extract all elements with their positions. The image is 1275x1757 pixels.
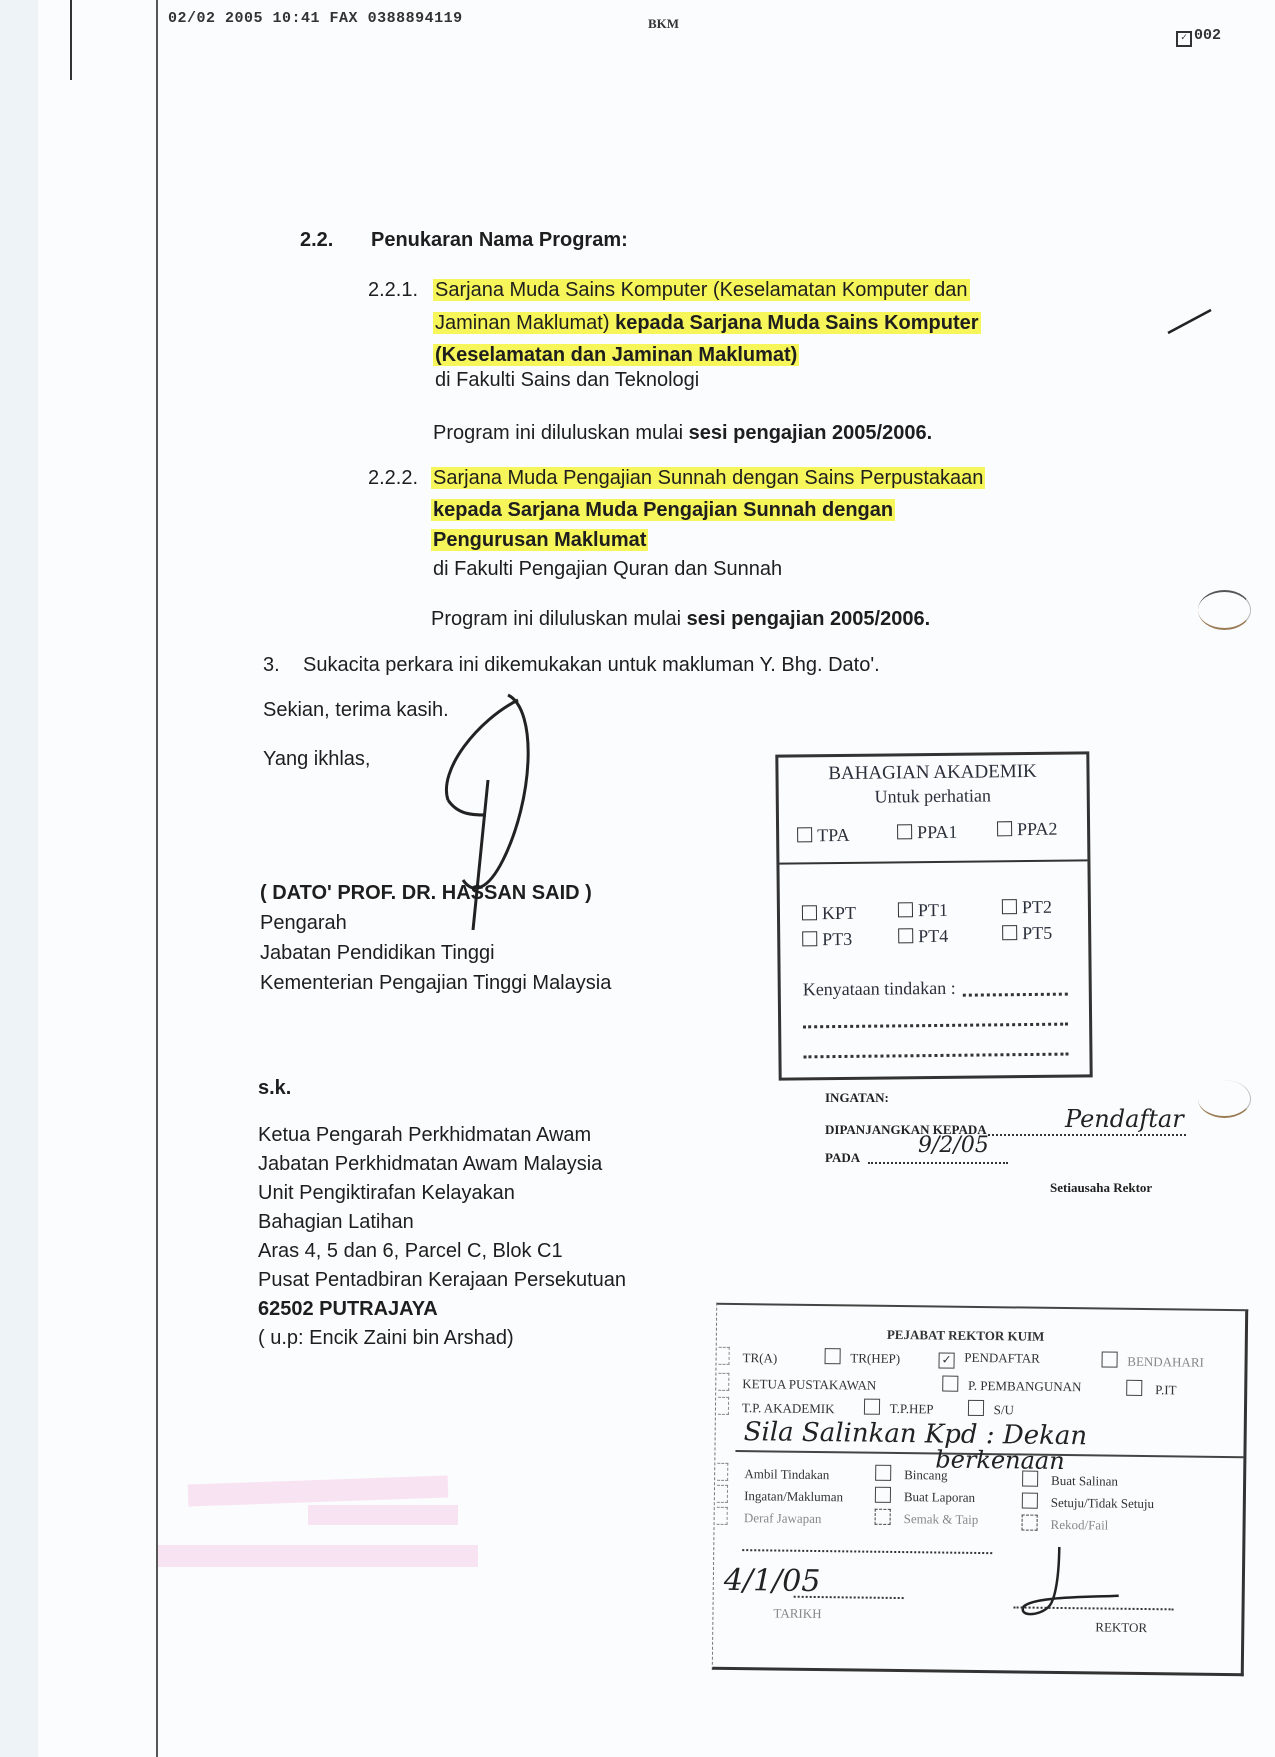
checkbox-icon: [797, 827, 812, 842]
ink-smudge: [308, 1505, 458, 1525]
checkbox-label: BENDAHARI: [1127, 1354, 1204, 1370]
signatory-department: Jabatan Pendidikan Tinggi: [260, 940, 495, 966]
action-statement-field[interactable]: [963, 993, 1068, 997]
action-semak-taip[interactable]: Semak & Taip: [875, 1509, 979, 1528]
action-setuju[interactable]: Setuju/Tidak Setuju: [1022, 1493, 1154, 1513]
checkbox-label: TR(A): [743, 1350, 778, 1365]
approval-session: sesi pengajian 2005/2006.: [689, 422, 933, 444]
highlighted-text: Sarjana Muda Sains Komputer (Keselamatan…: [433, 279, 970, 301]
section-number: 3.: [263, 652, 280, 678]
recipient-tp-akademik[interactable]: T.P. AKADEMIK: [718, 1397, 835, 1417]
checkbox-icon: [717, 1463, 728, 1481]
cc-postcode-city: 62502 PUTRAJAYA: [258, 1296, 438, 1322]
item-line: kepada Sarjana Muda Pengajian Sunnah den…: [431, 497, 895, 523]
checkbox-icon: [802, 905, 817, 920]
cc-line: Bahagian Latihan: [258, 1209, 414, 1235]
checkbox-icon: [825, 1348, 841, 1364]
checkbox-icon: [1022, 1471, 1038, 1487]
checkbox-label: Deraf Jawapan: [744, 1510, 822, 1526]
recipient-tp-hep[interactable]: T.P.HEP: [864, 1399, 934, 1418]
checkbox-icon: [718, 1397, 729, 1415]
checkbox-icon: ✓: [1176, 31, 1192, 47]
checkbox-label: TR(HEP): [850, 1350, 900, 1366]
highlighted-text: Sarjana Muda Pengajian Sunnah dengan Sai…: [431, 467, 985, 489]
stamp-title: BAHAGIAN AKADEMIK: [778, 760, 1086, 785]
binder-hole: [1198, 590, 1251, 630]
stamp-bahagian-akademik: BAHAGIAN AKADEMIK Untuk perhatian TPA PP…: [775, 751, 1092, 1080]
fax-page-number: ✓002: [1176, 27, 1221, 47]
date-label: TARIKH: [773, 1605, 821, 1622]
checkbox-icon: [875, 1465, 891, 1481]
checkbox-icon: [1022, 1493, 1038, 1509]
checkbox-icon: [1126, 1380, 1142, 1396]
checkbox-icon: [898, 928, 913, 943]
checkbox-pt3[interactable]: PT3: [802, 929, 852, 951]
checkbox-icon: [1022, 1515, 1038, 1531]
checkbox-label: P. PEMBANGUNAN: [968, 1378, 1082, 1394]
signatory-name: ( DATO' PROF. DR. HASSAN SAID ): [260, 880, 592, 906]
fax-label: FAX: [330, 10, 359, 27]
checkbox-icon: [1002, 899, 1017, 914]
date-field-line: [868, 1162, 1008, 1164]
checkbox-icon: [717, 1485, 728, 1503]
recipient-p-pembangunan[interactable]: P. PEMBANGUNAN: [942, 1376, 1081, 1396]
checkbox-label: PPA2: [1017, 819, 1058, 839]
ink-smudge: [158, 1545, 478, 1567]
ink-smudge: [188, 1475, 449, 1506]
action-ingatan-makluman[interactable]: Ingatan/Makluman: [717, 1485, 843, 1506]
checkbox-pt2[interactable]: PT2: [1002, 897, 1052, 919]
checkbox-label: Ingatan/Makluman: [744, 1488, 843, 1504]
approval-text: Program ini diluluskan mulai sesi pengaj…: [433, 420, 932, 446]
fax-datetime: 02/02 2005 10:41: [168, 10, 320, 27]
note-field-line: [742, 1549, 992, 1554]
checked-checkbox-icon: ✓: [938, 1352, 954, 1368]
approval-regular: Program ini diluluskan mulai: [433, 422, 683, 444]
action-statement-field[interactable]: [803, 1053, 1068, 1059]
checkbox-icon: [997, 821, 1012, 836]
item-line: Jaminan Maklumat) kepada Sarjana Muda Sa…: [433, 310, 981, 336]
checkbox-label: Ambil Tindakan: [744, 1466, 829, 1482]
checkbox-label: PT4: [918, 926, 948, 946]
checkbox-label: PENDAFTAR: [964, 1350, 1040, 1366]
forwarded-field-line: [988, 1134, 1186, 1136]
action-statement-field[interactable]: [803, 1023, 1068, 1029]
signatory-position: Pengarah: [260, 910, 347, 936]
checkbox-label: S/U: [994, 1402, 1014, 1417]
checkbox-icon: [942, 1376, 958, 1392]
setiausaha-rektor: Setiausaha Rektor: [1050, 1180, 1152, 1196]
recipient-p-it[interactable]: P.IT: [1126, 1380, 1177, 1399]
item-line: (Keselamatan dan Jaminan Maklumat): [433, 342, 799, 368]
approval-regular: Program ini diluluskan mulai: [431, 608, 681, 630]
recipient-ketua-pustakawan[interactable]: KETUA PUSTAKAWAN: [718, 1373, 876, 1394]
fax-sender-code: BKM: [648, 16, 679, 32]
cc-line: Ketua Pengarah Perkhidmatan Awam: [258, 1122, 591, 1148]
signatory-ministry: Kementerian Pengajian Tinggi Malaysia: [260, 970, 611, 996]
recipient-su[interactable]: S/U: [968, 1400, 1014, 1419]
checkbox-tpa[interactable]: TPA: [797, 825, 850, 847]
approval-session: sesi pengajian 2005/2006.: [687, 608, 931, 630]
action-rekod-fail[interactable]: Rekod/Fail: [1021, 1515, 1108, 1534]
checkbox-ppa1[interactable]: PPA1: [897, 822, 958, 844]
action-deraf-jawapan[interactable]: Deraf Jawapan: [717, 1507, 822, 1527]
new-program-name: (Keselamatan dan Jaminan Maklumat): [433, 344, 799, 366]
item-line: Sarjana Muda Sains Komputer (Keselamatan…: [433, 277, 970, 303]
section-number: 2.2.: [300, 227, 333, 253]
checkbox-label: PT2: [1022, 897, 1052, 917]
checkbox-icon: [875, 1487, 891, 1503]
stamp-title: PEJABAT REKTOR KUIM: [887, 1327, 1045, 1345]
action-buat-salinan[interactable]: Buat Salinan: [1022, 1471, 1118, 1490]
checkbox-label: KPT: [822, 903, 856, 923]
checkbox-label: Bincang: [904, 1467, 948, 1483]
stamp-subtitle: Untuk perhatian: [779, 784, 1087, 808]
recipient-tr-hep[interactable]: TR(HEP): [824, 1348, 900, 1367]
fax-number: 0388894119: [368, 10, 463, 27]
item-number: 2.2.2.: [368, 465, 418, 491]
ingatan-title: INGATAN:: [825, 1090, 889, 1106]
rektor-signature: [1013, 1544, 1124, 1625]
stamp-pejabat-rektor: PEJABAT REKTOR KUIM TR(A) TR(HEP) ✓ PEND…: [712, 1303, 1248, 1676]
checkbox-icon: [718, 1373, 729, 1391]
page-number-value: 002: [1194, 27, 1221, 44]
checkbox-label: Buat Laporan: [904, 1489, 975, 1505]
cc-line: Jabatan Perkhidmatan Awam Malaysia: [258, 1151, 602, 1177]
checkbox-label: T.P. AKADEMIK: [742, 1400, 835, 1416]
faculty-text: di Fakulti Pengajian Quran dan Sunnah: [433, 556, 782, 582]
action-buat-laporan[interactable]: Buat Laporan: [875, 1487, 975, 1506]
checkbox-icon: [864, 1399, 880, 1415]
old-program-name: Jaminan Maklumat): [435, 312, 610, 334]
checkbox-ppa2[interactable]: PPA2: [997, 819, 1058, 841]
action-bincang[interactable]: Bincang: [875, 1465, 948, 1484]
checkbox-label: KETUA PUSTAKAWAN: [742, 1376, 876, 1393]
date-handwritten: 9/2/05: [918, 1133, 989, 1158]
checkbox-icon: [875, 1509, 891, 1525]
new-program-name: kepada Sarjana Muda Sains Komputer: [615, 312, 978, 334]
checkbox-kpt[interactable]: KPT: [802, 903, 856, 925]
checkbox-pt4[interactable]: PT4: [898, 926, 948, 948]
fax-header: 02/02 2005 10:41 FAX 0388894119: [168, 10, 463, 27]
checkbox-pt5[interactable]: PT5: [1002, 923, 1052, 945]
checkbox-icon: [802, 931, 817, 946]
checkbox-icon: [968, 1400, 984, 1416]
checkbox-icon: [1101, 1351, 1117, 1367]
fax-page: 02/02 2005 10:41 FAX 0388894119 BKM ✓002…: [38, 0, 1275, 1757]
approval-text: Program ini diluluskan mulai sesi pengaj…: [431, 606, 930, 632]
checkbox-icon: [717, 1507, 728, 1525]
new-program-name: kepada Sarjana Muda Pengajian Sunnah den…: [431, 499, 895, 521]
action-ambil-tindakan[interactable]: Ambil Tindakan: [717, 1463, 829, 1483]
checkbox-label: PPA1: [917, 822, 958, 842]
checkbox-icon: [898, 902, 913, 917]
checkbox-label: PT1: [918, 900, 948, 920]
handwritten-date: 4/1/05: [724, 1563, 821, 1599]
item-line: Sarjana Muda Pengajian Sunnah dengan Sai…: [431, 465, 985, 491]
item-number: 2.2.1.: [368, 277, 418, 303]
cc-line: Unit Pengiktirafan Kelayakan: [258, 1180, 515, 1206]
check-mark-icon: [1166, 305, 1216, 335]
action-statement-label: Kenyataan tindakan :: [803, 978, 956, 1001]
recipient-tr-a[interactable]: TR(A): [718, 1347, 777, 1367]
checkbox-label: TPA: [817, 825, 850, 845]
checkbox-label: Semak & Taip: [904, 1511, 979, 1527]
binder-hole: [1198, 1080, 1251, 1118]
closing-regards: Yang ikhlas,: [263, 746, 370, 772]
checkbox-label: Rekod/Fail: [1050, 1517, 1108, 1533]
checkbox-label: Setuju/Tidak Setuju: [1051, 1495, 1154, 1511]
checkbox-icon: [719, 1347, 730, 1365]
checkbox-icon: [897, 824, 912, 839]
cc-label: s.k.: [258, 1075, 291, 1101]
section-3-text: Sukacita perkara ini dikemukakan untuk m…: [303, 652, 880, 678]
checkbox-label: P.IT: [1155, 1382, 1176, 1397]
section-title: Penukaran Nama Program:: [371, 227, 628, 253]
checkbox-icon: [1002, 925, 1017, 940]
recipient-bendahari[interactable]: BENDAHARI: [1101, 1351, 1204, 1370]
date-label: PADA: [825, 1150, 860, 1166]
item-line: Pengurusan Maklumat: [431, 527, 648, 553]
faculty-text: di Fakulti Sains dan Teknologi: [435, 367, 699, 393]
fax-margin-line: [70, 0, 72, 80]
checkbox-label: PT5: [1022, 923, 1052, 943]
forwarded-to-handwritten: Pendaftar: [1065, 1105, 1184, 1133]
stamp-divider: [779, 859, 1087, 864]
checkbox-pt1[interactable]: PT1: [898, 900, 948, 922]
cc-line: Aras 4, 5 dan 6, Parcel C, Blok C1: [258, 1238, 563, 1264]
checkbox-label: PT3: [822, 929, 852, 949]
checkbox-label: Buat Salinan: [1051, 1473, 1118, 1489]
recipient-pendaftar[interactable]: ✓ PENDAFTAR: [938, 1349, 1040, 1369]
cc-attention: ( u.p: Encik Zaini bin Arshad): [258, 1325, 514, 1351]
checkbox-label: T.P.HEP: [890, 1401, 934, 1417]
rektor-label: REKTOR: [1095, 1619, 1147, 1636]
new-program-name: Pengurusan Maklumat: [431, 529, 648, 551]
fax-margin-line: [156, 0, 158, 1757]
cc-line: Pusat Pentadbiran Kerajaan Persekutuan: [258, 1267, 626, 1293]
